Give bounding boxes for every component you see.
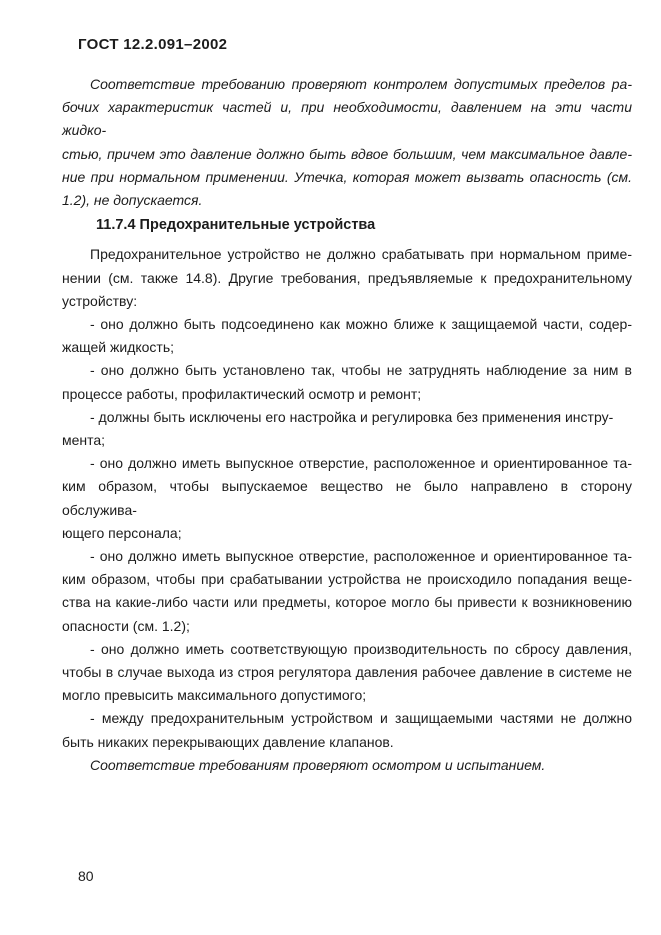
text-line: ства на какие-либо части или предметы, к… [62, 591, 632, 614]
intro-compliance-paragraph: Соответствие требованию проверяют контро… [62, 73, 632, 212]
text-line: мента; [62, 429, 632, 452]
bullet-7: - между предохранительным устройством и … [62, 707, 632, 753]
requirements-intro-paragraph: Предохранительное устройство не должно с… [62, 243, 632, 313]
text-line: - оно должно иметь выпускное отверстие, … [62, 545, 632, 568]
text-line: - между предохранительным устройством и … [62, 707, 632, 730]
text-line: - должны быть исключены его настройка и … [62, 406, 632, 429]
text-line: нении (см. также 14.8). Другие требовани… [62, 267, 632, 290]
page-number: 80 [78, 868, 94, 884]
section-heading: 11.7.4 Предохранительные устройства [62, 214, 632, 237]
bullet-5: - оно должно иметь выпускное отверстие, … [62, 545, 632, 638]
text-line: могло превысить максимального допустимог… [62, 684, 632, 707]
closing-compliance-paragraph: Соответствие требованиям проверяют осмот… [62, 754, 632, 777]
text-line: ние при нормальном применении. Утечка, к… [62, 166, 632, 189]
text-line: устройству: [62, 290, 632, 313]
text-line: ким образом, чтобы при срабатывании устр… [62, 568, 632, 591]
bullet-3: - должны быть исключены его настройка и … [62, 406, 632, 452]
text-line: ким образом, чтобы выпускаемое вещество … [62, 475, 632, 521]
text-line: процессе работы, профилактический осмотр… [62, 383, 632, 406]
document-content: Соответствие требованию проверяют контро… [62, 73, 632, 777]
text-line: жащей жидкость; [62, 336, 632, 359]
text-line: - оно должно иметь выпускное отверстие, … [62, 452, 632, 475]
text-line: Предохранительное устройство не должно с… [62, 243, 632, 266]
document-page: ГОСТ 12.2.091–2002 Соответствие требован… [0, 0, 661, 935]
text-line: стью, причем это давление должно быть вд… [62, 143, 632, 166]
text-line: - оно должно иметь соответствующую произ… [62, 638, 632, 661]
text-line: бочих характеристик частей и, при необхо… [62, 96, 632, 142]
text-line: - оно должно быть установлено так, чтобы… [62, 359, 632, 382]
bullet-4: - оно должно иметь выпускное отверстие, … [62, 452, 632, 545]
text-line: Соответствие требованию проверяют контро… [62, 73, 632, 96]
text-line: Соответствие требованиям проверяют осмот… [62, 754, 632, 777]
text-line: быть никаких перекрывающих давление клап… [62, 731, 632, 754]
text-line: чтобы в случае выхода из строя регулятор… [62, 661, 632, 684]
bullet-1: - оно должно быть подсоединено как можно… [62, 313, 632, 359]
document-standard-header: ГОСТ 12.2.091–2002 [78, 36, 227, 53]
text-line: опасности (см. 1.2); [62, 615, 632, 638]
text-line: ющего персонала; [62, 522, 632, 545]
text-line: - оно должно быть подсоединено как можно… [62, 313, 632, 336]
bullet-2: - оно должно быть установлено так, чтобы… [62, 359, 632, 405]
bullet-6: - оно должно иметь соответствующую произ… [62, 638, 632, 708]
text-line: 1.2), не допускается. [62, 189, 632, 212]
